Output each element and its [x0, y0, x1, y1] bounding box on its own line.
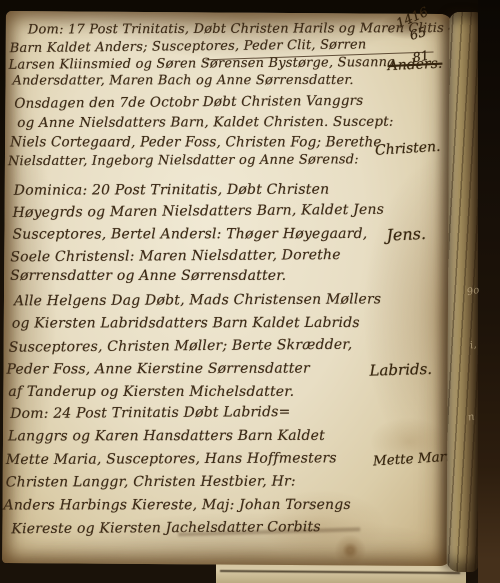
margin-name-christen: Christen. [375, 139, 441, 159]
photo-dark-gutter [478, 0, 500, 583]
manuscript-line: Susceptores, Bertel Andersl: Thøger Høye… [12, 226, 367, 243]
margin-name-anders: Anders. [387, 56, 442, 74]
manuscript-line: Larsen Kliinsmied og Søren Sørensen Byst… [9, 55, 396, 73]
manuscript-line: Niels Cortegaard, Peder Foss, Christen F… [10, 134, 381, 150]
manuscript-line: Høyegrds og Maren Nielsdatters Barn, Kal… [13, 202, 385, 221]
manuscript-line: Soele Christensl: Maren Nielsdatter, Dor… [10, 247, 341, 265]
margin-name-mette-maria: Mette Maria [372, 448, 458, 469]
margin-name-jens: Jens. [386, 224, 426, 245]
manuscript-line: Susceptores, Christen Møller; Berte Skræ… [9, 337, 353, 356]
manuscript-line: Dominica: 20 Post Trinitatis, Døbt Chris… [14, 182, 330, 199]
manuscript-line: Alle Helgens Dag Døbt, Mads Christensen … [14, 291, 381, 309]
manuscript-line: Peder Foss, Anne Kierstine Sørrensdatter [6, 361, 309, 378]
manuscript-line: og Anne Nielsdatters Barn, Kaldet Christ… [17, 114, 393, 131]
manuscript-line: Dom: 24 Post Trinitatis Døbt Labrids= [10, 404, 290, 422]
parchment-page: 1416 65 81 Dom: 17 Post Trinitatis, Døbt… [2, 11, 454, 566]
manuscript-line: Anders Harbings Kiereste, Maj: Johan Tor… [4, 497, 351, 514]
margin-name-labrids: Labrids. [369, 360, 432, 380]
photographed-register-page: 1416 65 81 Dom: 17 Post Trinitatis, Døbt… [0, 0, 500, 583]
manuscript-line: Mette Maria, Susceptores, Hans Hoffmeste… [6, 450, 337, 468]
manuscript-line: Andersdatter, Maren Bach og Anne Sørrens… [13, 73, 354, 89]
manuscript-line: Dom: 17 Post Trinitatis, Døbt Christen H… [28, 21, 470, 38]
manuscript-line: Onsdagen den 7de Octobr Døbt Christen Va… [14, 93, 363, 112]
manuscript-line: og Kiersten Labridsdatters Barn Kaldet L… [12, 315, 360, 332]
manuscript-line: Christen Langgr, Christen Hestbier, Hr: [6, 474, 296, 491]
manuscript-line: Nielsdatter, Ingeborg Nielsdatter og Ann… [8, 152, 359, 169]
manuscript-line: Barn Kaldet Anders; Susceptores, Peder C… [10, 37, 367, 56]
manuscript-line: af Tanderup og Kiersten Michelsdatter. [8, 384, 294, 400]
manuscript-line: Sørrensdatter og Anne Sørrensdatter. [10, 268, 286, 284]
manuscript-line: Langgrs og Karen Hansdatters Barn Kaldet [8, 428, 325, 445]
